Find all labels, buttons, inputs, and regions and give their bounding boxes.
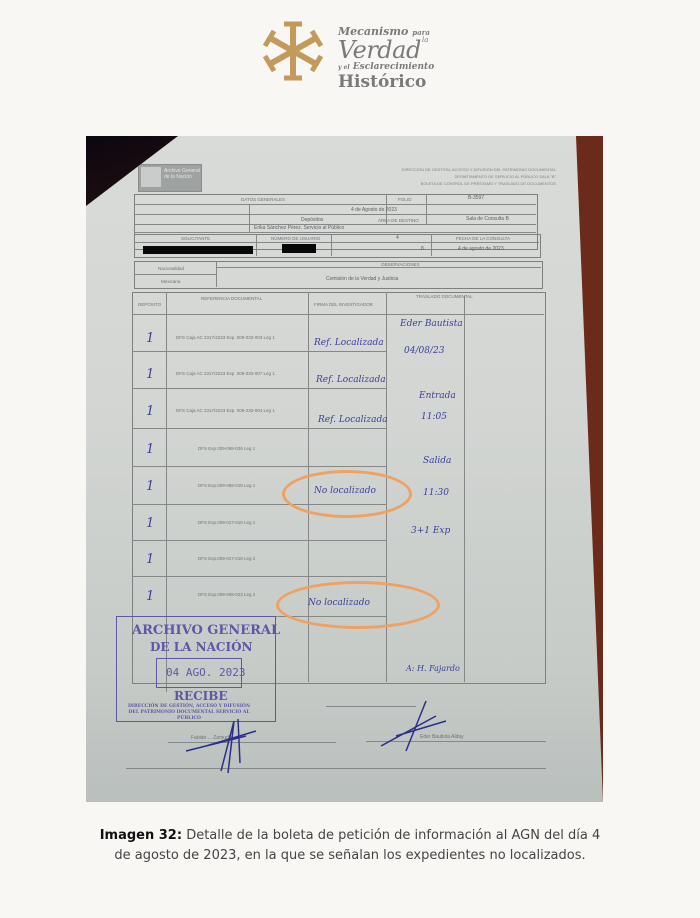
form-paper: Archivo General de la Nación DIRECCIÓN D…	[86, 136, 603, 802]
observaciones: Comisión de la Verdad y Justicia	[326, 276, 398, 282]
logo-verdad: Verdad	[338, 36, 421, 64]
folio-value: B-3597	[468, 195, 484, 201]
logo-la: la	[422, 36, 428, 44]
logo-historico: Histórico	[338, 72, 426, 92]
fecha-consulta: 4 de agosto de 2023	[458, 246, 504, 252]
responsable: Erika Sánchez Pérez. Servicio al Público	[254, 225, 344, 231]
highlight-not-located-2	[276, 581, 440, 629]
redacted-name	[143, 246, 253, 254]
highlight-not-located-1	[282, 470, 412, 518]
handwritten-signature-icon	[176, 711, 286, 781]
fecha-elaboracion: 4 de Agosto de 2023	[351, 207, 397, 213]
caption-text: Detalle de la boleta de petición de info…	[114, 828, 600, 863]
agn-form-logo: Archivo General de la Nación	[138, 164, 202, 192]
agn-mark-icon	[141, 167, 161, 187]
area-destino: Sala de Consulta B	[466, 216, 509, 222]
document-photo: Archivo General de la Nación DIRECCIÓN D…	[86, 136, 603, 802]
handwritten-signature-icon	[376, 696, 466, 756]
area-resguardo: Depósitos	[301, 217, 323, 223]
mecanismo-logo: Mecanismo para la Verdad y el Esclarecim…	[258, 12, 448, 92]
caption-label: Imagen 32:	[100, 828, 182, 843]
form-header: DIRECCIÓN DE GESTIÓN, ACCESO Y DIFUSIÓN …	[356, 166, 556, 187]
redacted-user-number	[282, 244, 316, 253]
image-caption: Imagen 32: Detalle de la boleta de petic…	[90, 826, 610, 866]
agn-logo-text: Archivo General de la Nación	[164, 168, 201, 180]
asterisk-cross-logo-icon	[260, 18, 326, 84]
logo-line3: y el Esclarecimiento	[338, 62, 434, 72]
